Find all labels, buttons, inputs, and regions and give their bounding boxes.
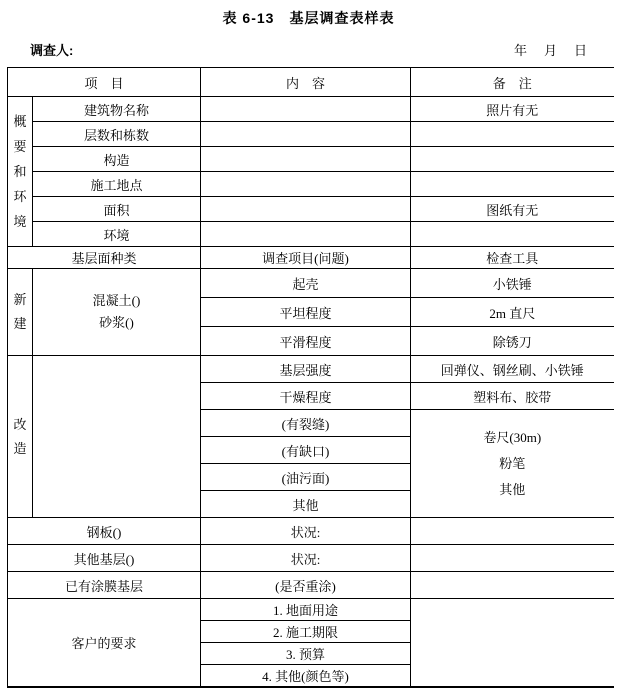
group-label-client-requirements: 客户的要求 xyxy=(8,599,201,687)
table-cell: 平滑程度 xyxy=(201,327,411,356)
table-cell: 干燥程度 xyxy=(201,383,411,410)
table-cell: (有缺口) xyxy=(201,437,411,464)
table-row: 概要和环境建筑物名称照片有无 xyxy=(8,97,614,122)
table-cell xyxy=(411,222,614,247)
table-cell xyxy=(411,122,614,147)
table-cell: 起壳 xyxy=(201,269,411,298)
table-cell xyxy=(411,572,614,599)
table-cell xyxy=(411,172,614,197)
table-cell: 调查项目(问题) xyxy=(201,247,411,269)
table-row: 客户的要求1. 地面用途 xyxy=(8,599,614,621)
table-cell: 图纸有无 xyxy=(411,197,614,222)
table-cell xyxy=(411,545,614,572)
cell-line: 其他 xyxy=(411,477,614,503)
table-body: 项 目内 容备 注概要和环境建筑物名称照片有无层数和栋数构造施工地点面积图纸有无… xyxy=(8,68,614,687)
table-row: 面积图纸有无 xyxy=(8,197,614,222)
cell-line: 混凝土() xyxy=(33,290,200,312)
group-label-overview-environment: 概要和环境 xyxy=(8,97,33,247)
table-row: 构造 xyxy=(8,147,614,172)
table-cell xyxy=(201,122,411,147)
table-cell xyxy=(201,222,411,247)
table-cell xyxy=(411,518,614,545)
cell-line: 造 xyxy=(8,437,32,461)
table-cell xyxy=(201,197,411,222)
cell-line: 环 xyxy=(8,184,32,209)
group-label-renovation: 改造 xyxy=(8,356,33,518)
cell-line: 改 xyxy=(8,413,32,437)
table-cell: 2. 施工期限 xyxy=(201,621,411,643)
table-cell xyxy=(201,147,411,172)
table-row: 钢板()状况: xyxy=(8,518,614,545)
table-row: 层数和栋数 xyxy=(8,122,614,147)
table-cell xyxy=(201,97,411,122)
table-cell: 环境 xyxy=(33,222,201,247)
table-row: 其他基层()状况: xyxy=(8,545,614,572)
column-header-item: 项 目 xyxy=(8,68,201,97)
table-cell: (有裂缝) xyxy=(201,410,411,437)
table-row: 已有涂膜基层(是否重涂) xyxy=(8,572,614,599)
meta-row: 调查人: 年 月 日 xyxy=(30,40,589,59)
table-cell: 平坦程度 xyxy=(201,298,411,327)
table-cell xyxy=(33,356,201,518)
surveyor-label: 调查人: xyxy=(30,40,73,59)
group-label-new-build: 新建 xyxy=(8,269,33,356)
table-cell: 状况: xyxy=(201,545,411,572)
table-cell: 小铁锤 xyxy=(411,269,614,298)
table-cell: 面积 xyxy=(33,197,201,222)
table-cell: 检查工具 xyxy=(411,247,614,269)
table-cell: 混凝土()砂浆() xyxy=(33,269,201,356)
table-cell: 2m 直尺 xyxy=(411,298,614,327)
page-title: 表 6-13 基层调查表样表 xyxy=(0,8,617,28)
table-cell: 塑料布、胶带 xyxy=(411,383,614,410)
table-cell: 回弹仪、钢丝刷、小铁锤 xyxy=(411,356,614,383)
cell-line: 砂浆() xyxy=(33,312,200,334)
table-cell: 基层面种类 xyxy=(8,247,201,269)
table-cell: (是否重涂) xyxy=(201,572,411,599)
table-cell: 层数和栋数 xyxy=(33,122,201,147)
table-cell: 1. 地面用途 xyxy=(201,599,411,621)
survey-table: 项 目内 容备 注概要和环境建筑物名称照片有无层数和栋数构造施工地点面积图纸有无… xyxy=(7,67,614,688)
table-cell: 建筑物名称 xyxy=(33,97,201,122)
table-cell xyxy=(411,147,614,172)
cell-line: 境 xyxy=(8,209,32,234)
table-cell: 施工地点 xyxy=(33,172,201,197)
table-cell xyxy=(411,599,614,687)
table-cell: 卷尺(30m)粉笔其他 xyxy=(411,410,614,518)
table-cell: 已有涂膜基层 xyxy=(8,572,201,599)
table-cell: 照片有无 xyxy=(411,97,614,122)
table-row: 项 目内 容备 注 xyxy=(8,68,614,97)
table-row: 改造基层强度回弹仪、钢丝刷、小铁锤 xyxy=(8,356,614,383)
date-label: 年 月 日 xyxy=(514,40,589,59)
table-cell: 3. 预算 xyxy=(201,643,411,665)
cell-line: 卷尺(30m) xyxy=(411,425,614,451)
table-cell: (油污面) xyxy=(201,464,411,491)
table-cell: 状况: xyxy=(201,518,411,545)
table-cell: 4. 其他(颜色等) xyxy=(201,665,411,687)
table-cell: 基层强度 xyxy=(201,356,411,383)
cell-line: 要 xyxy=(8,134,32,159)
table-cell: 钢板() xyxy=(8,518,201,545)
column-header-remark: 备 注 xyxy=(411,68,614,97)
table-row: 新建混凝土()砂浆()起壳小铁锤 xyxy=(8,269,614,298)
cell-line: 和 xyxy=(8,159,32,184)
table-cell: 除锈刀 xyxy=(411,327,614,356)
table-cell: 其他 xyxy=(201,491,411,518)
cell-line: 粉笔 xyxy=(411,451,614,477)
cell-line: 建 xyxy=(8,312,32,336)
cell-line: 概 xyxy=(8,109,32,134)
table-cell xyxy=(201,172,411,197)
cell-line: 新 xyxy=(8,288,32,312)
table-row: 环境 xyxy=(8,222,614,247)
column-header-content: 内 容 xyxy=(201,68,411,97)
table-cell: 构造 xyxy=(33,147,201,172)
table-row: 基层面种类调查项目(问题)检查工具 xyxy=(8,247,614,269)
table-row: 施工地点 xyxy=(8,172,614,197)
table-cell: 其他基层() xyxy=(8,545,201,572)
